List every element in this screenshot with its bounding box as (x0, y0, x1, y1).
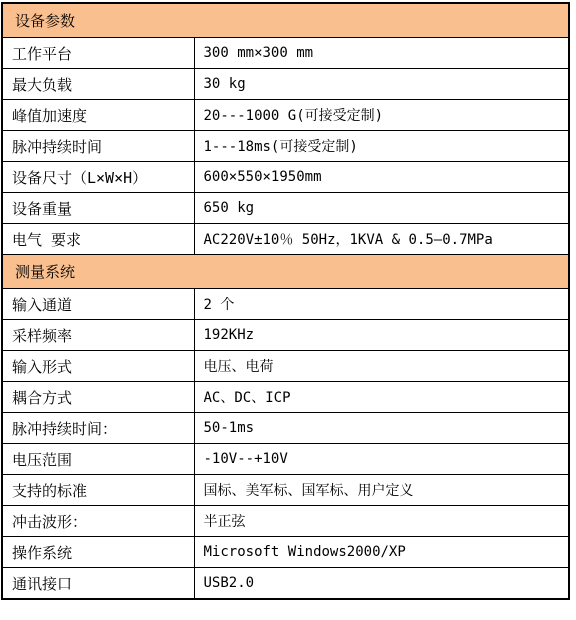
param-label: 耦合方式 (2, 382, 194, 413)
table-row: 设备重量 650 kg (2, 193, 569, 224)
param-label: 电压范围 (2, 444, 194, 475)
param-label: 设备尺寸（L×W×H） (2, 162, 194, 193)
param-label: 操作系统 (2, 537, 194, 568)
param-label: 工作平台 (2, 38, 194, 69)
table-row: 耦合方式 AC、DC、ICP (2, 382, 569, 413)
param-label: 输入形式 (2, 351, 194, 382)
section-header-measurement-system: 测量系统 (2, 255, 569, 289)
param-label: 输入通道 (2, 289, 194, 320)
param-value: -10V--+10V (194, 444, 569, 475)
param-value: Microsoft Windows2000/XP (194, 537, 569, 568)
param-value: 50-1ms (194, 413, 569, 444)
table-row: 设备尺寸（L×W×H） 600×550×1950mm (2, 162, 569, 193)
table-row: 支持的标准 国标、美军标、国军标、用户定义 (2, 475, 569, 506)
section-header-row: 测量系统 (2, 255, 569, 289)
param-label: 脉冲持续时间： (2, 413, 194, 444)
param-label: 设备重量 (2, 193, 194, 224)
table-row: 冲击波形： 半正弦 (2, 506, 569, 537)
table-row: 脉冲持续时间 1---18ms(可接受定制) (2, 131, 569, 162)
table-row: 脉冲持续时间： 50-1ms (2, 413, 569, 444)
param-value: AC220V±10％ 50Hz，1KVA & 0.5—0.7MPa (194, 224, 569, 255)
section-header-row: 设备参数 (2, 3, 569, 38)
param-value: USB2.0 (194, 568, 569, 600)
table-row: 输入通道 2 个 (2, 289, 569, 320)
table-row: 工作平台 300 mm×300 mm (2, 38, 569, 69)
section-header-equipment-params: 设备参数 (2, 3, 569, 38)
param-label: 最大负载 (2, 69, 194, 100)
param-value: 国标、美军标、国军标、用户定义 (194, 475, 569, 506)
param-label: 冲击波形： (2, 506, 194, 537)
param-label: 采样频率 (2, 320, 194, 351)
param-value: 30 kg (194, 69, 569, 100)
param-label: 峰值加速度 (2, 100, 194, 131)
param-value: 20---1000 G(可接受定制) (194, 100, 569, 131)
param-label: 电气 要求 (2, 224, 194, 255)
param-label: 通讯接口 (2, 568, 194, 600)
param-value: 半正弦 (194, 506, 569, 537)
param-value: AC、DC、ICP (194, 382, 569, 413)
table-row: 输入形式 电压、电荷 (2, 351, 569, 382)
param-label: 脉冲持续时间 (2, 131, 194, 162)
table-row: 电压范围 -10V--+10V (2, 444, 569, 475)
param-value: 192KHz (194, 320, 569, 351)
param-value: 1---18ms(可接受定制) (194, 131, 569, 162)
param-value: 650 kg (194, 193, 569, 224)
table-row: 最大负载 30 kg (2, 69, 569, 100)
param-value: 2 个 (194, 289, 569, 320)
spec-table: 设备参数 工作平台 300 mm×300 mm 最大负载 30 kg 峰值加速度… (1, 2, 570, 600)
table-row: 采样频率 192KHz (2, 320, 569, 351)
param-label: 支持的标准 (2, 475, 194, 506)
table-row: 电气 要求 AC220V±10％ 50Hz，1KVA & 0.5—0.7MPa (2, 224, 569, 255)
table-row: 通讯接口 USB2.0 (2, 568, 569, 600)
table-row: 操作系统 Microsoft Windows2000/XP (2, 537, 569, 568)
table-row: 峰值加速度 20---1000 G(可接受定制) (2, 100, 569, 131)
param-value: 300 mm×300 mm (194, 38, 569, 69)
param-value: 电压、电荷 (194, 351, 569, 382)
param-value: 600×550×1950mm (194, 162, 569, 193)
